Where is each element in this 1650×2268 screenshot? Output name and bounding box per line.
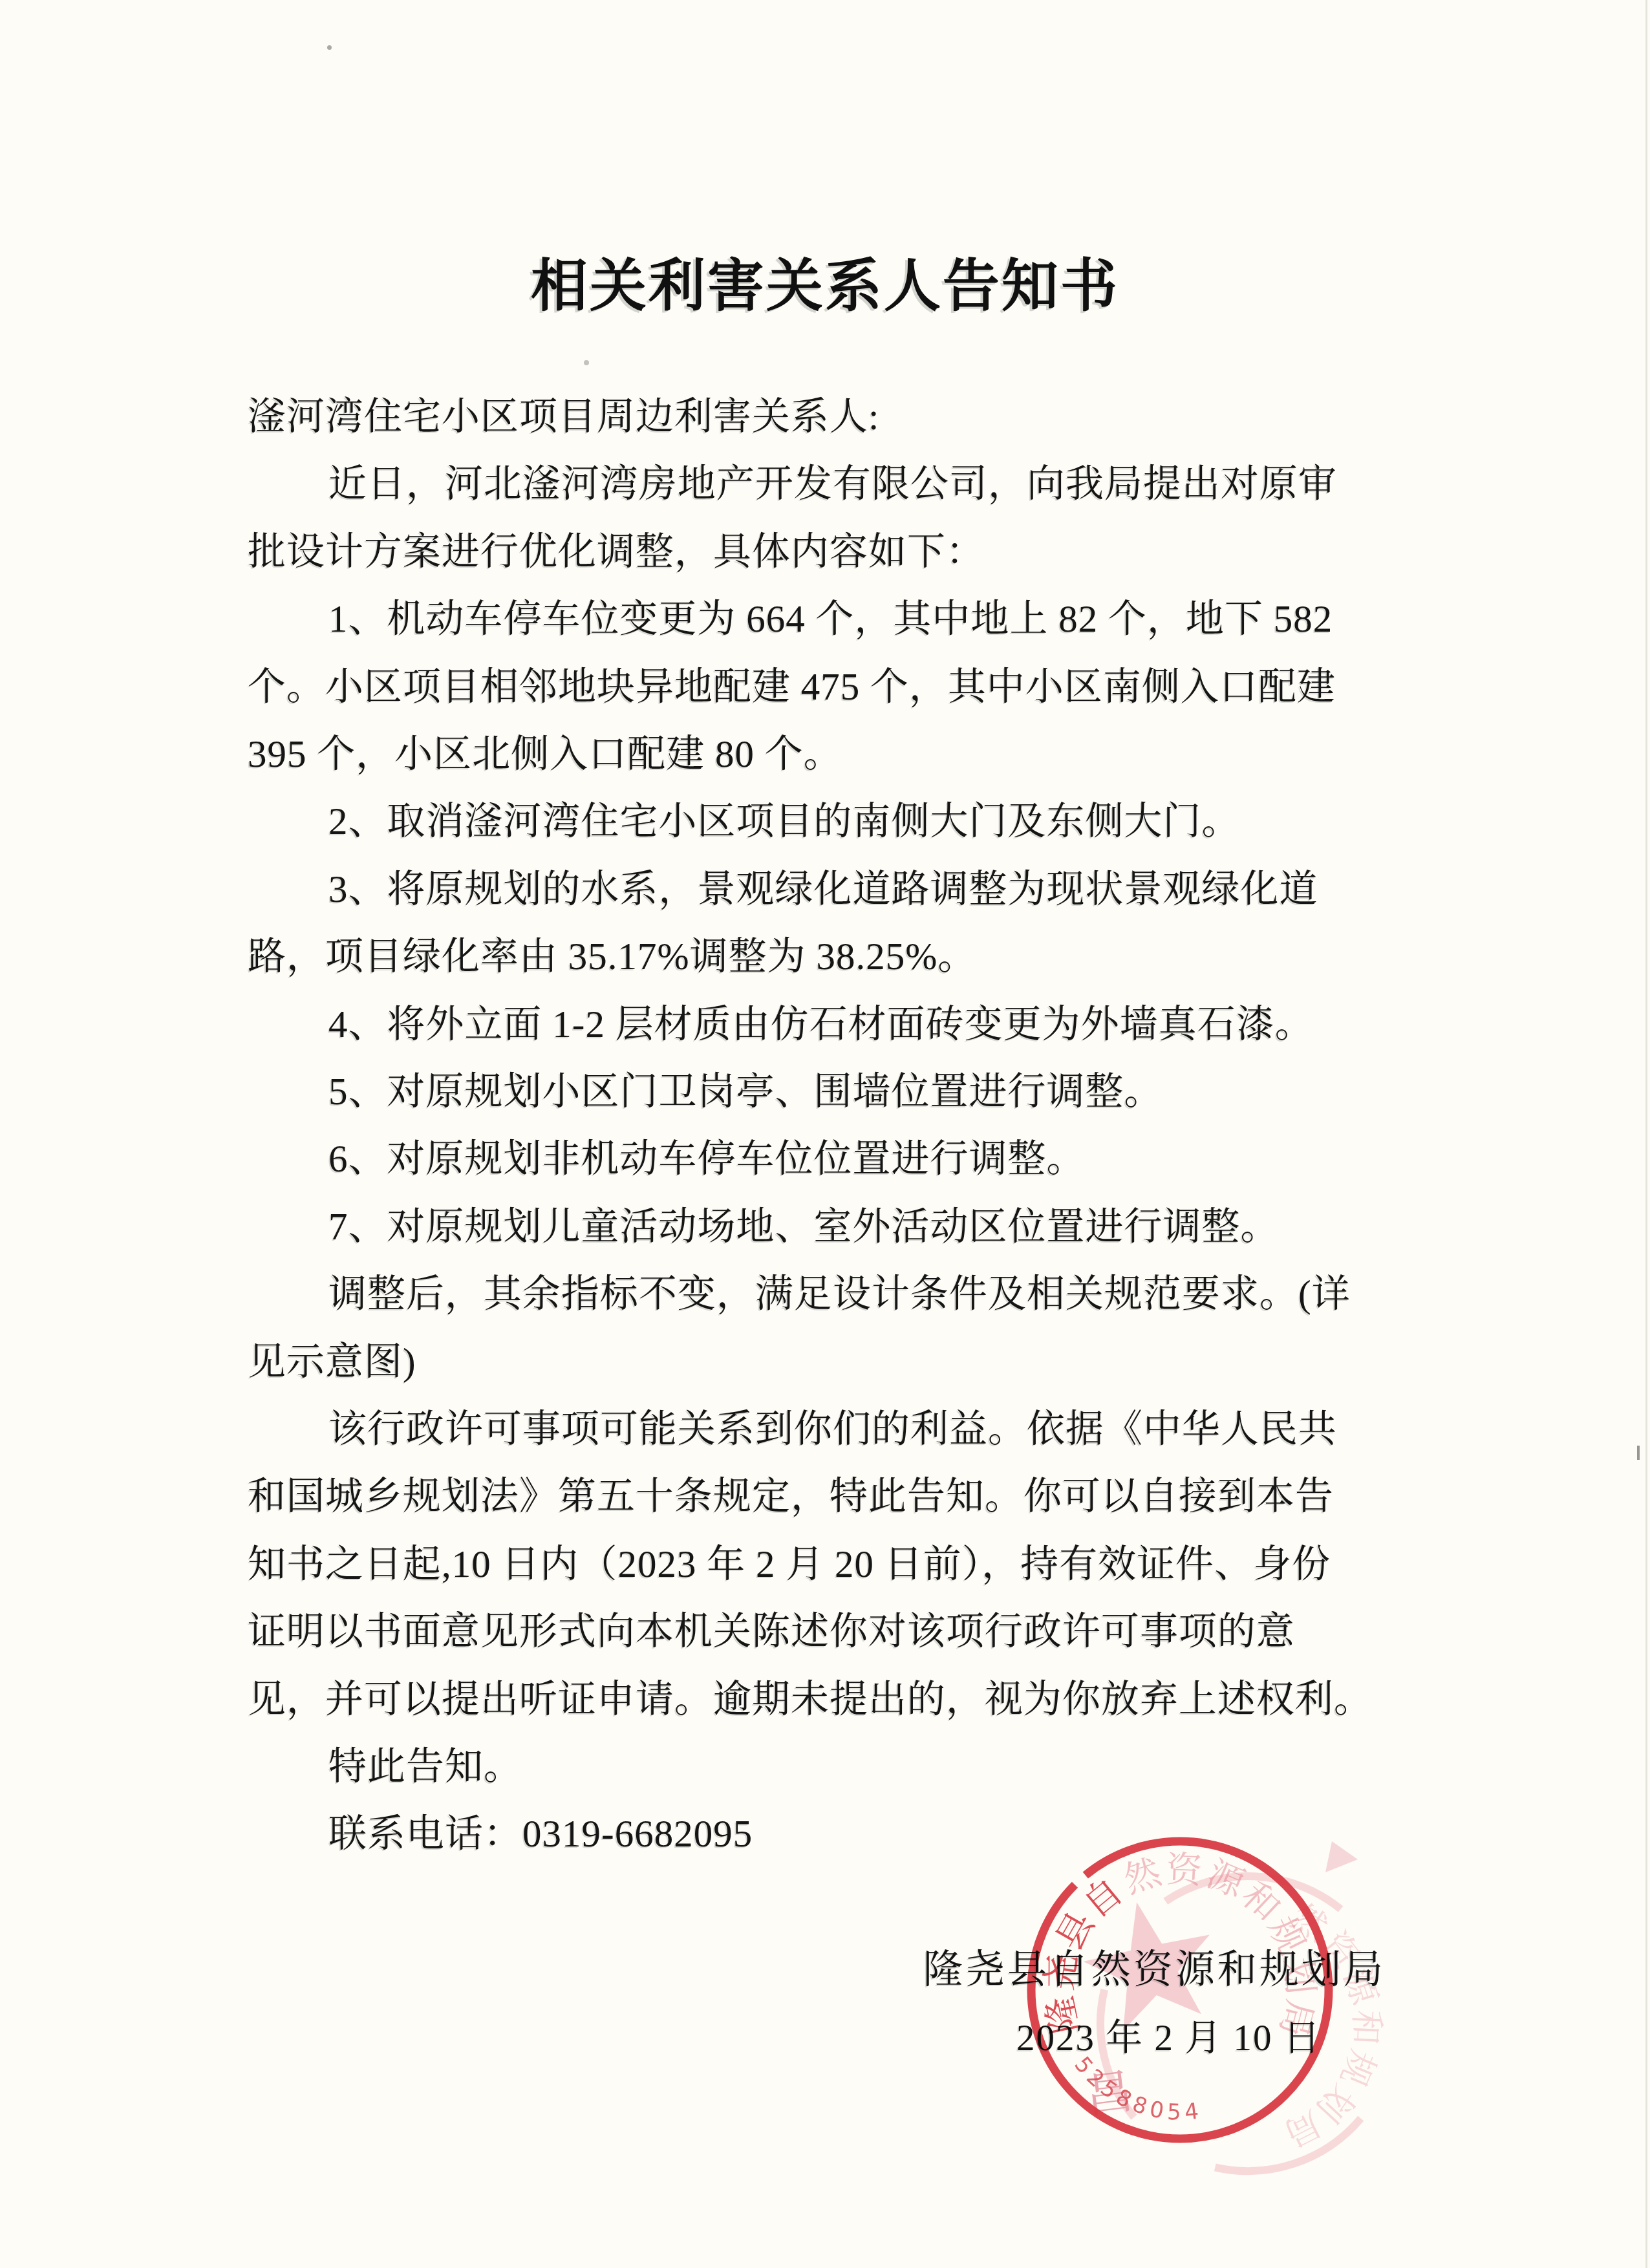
official-seal: 然资源和规划局 昌 隆尧县自 然资源和规划局 5258805427 (925, 1746, 1442, 2263)
body-line-text: 和国城乡规划法》第五十条规定，特此告知。你可以自接到本告 (248, 1475, 1334, 1517)
body-line: 4、将外立面 1-2 层材质由仿石材面砖变更为外墙真石漆。 (328, 1001, 1314, 1047)
body-line: 个。小区项目相邻地块异地配建 475 个，其中小区南侧入口配建 (248, 663, 1336, 710)
body-line: 2、取消滏河湾住宅小区项目的南侧大门及东侧大门。 (328, 798, 1241, 844)
scan-speck (327, 45, 332, 50)
body-line-text: 见，并可以提出听证申请。逾期未提出的，视为你放弃上述权利。 (248, 1678, 1373, 1720)
body-line: 特此告知。 (328, 1743, 522, 1790)
body-line: 路，项目绿化率由 35.17%调整为 38.25%。 (248, 933, 976, 979)
body-line: 7、对原规划儿童活动场地、室外活动区位置进行调整。 (328, 1203, 1280, 1250)
body-line: 见示意图) (248, 1338, 416, 1385)
seal-secondary-star-fragment (1325, 1841, 1358, 1872)
body-line-text: 路，项目绿化率由 35.17%调整为 38.25%。 (248, 935, 976, 978)
scan-edge-line (1645, 0, 1647, 2268)
body-line: 联系电话：0319-6682095 (328, 1810, 753, 1857)
body-line-text: 395 个，小区北侧入口配建 80 个。 (248, 733, 842, 775)
body-line-text: 证明以书面意见形式向本机关陈述你对该项行政许可事项的意 (248, 1610, 1295, 1653)
body-line-text: 2、取消滏河湾住宅小区项目的南侧大门及东侧大门。 (328, 800, 1241, 842)
body-line: 调整后，其余指标不变，满足设计条件及相关规范要求。(详 (328, 1270, 1351, 1317)
body-line-text: 4、将外立面 1-2 层材质由仿石材面砖变更为外墙真石漆。 (328, 1003, 1314, 1045)
body-line-text: 6、对原规划非机动车停车位位置进行调整。 (328, 1137, 1086, 1180)
body-line-text: 滏河湾住宅小区项目周边利害关系人: (248, 395, 879, 438)
scan-speck (584, 360, 589, 365)
scanned-notice-page: 相关利害关系人告知书 滏河湾住宅小区项目周边利害关系人:近日，河北滏河湾房地产开… (0, 0, 1650, 2268)
body-line: 滏河湾住宅小区项目周边利害关系人: (248, 393, 879, 440)
body-line-text: 特此告知。 (328, 1745, 522, 1788)
body-line: 1、机动车停车位变更为 664 个，其中地上 82 个，地下 582 (328, 595, 1333, 642)
seal-arc-text-strong: 隆尧县自 (1039, 1870, 1132, 2037)
body-line: 该行政许可事项可能关系到你们的利益。依据《中华人民共 (328, 1406, 1337, 1452)
body-line-text: 近日，河北滏河湾房地产开发有限公司，向我局提出对原审 (328, 462, 1337, 505)
body-line: 和国城乡规划法》第五十条规定，特此告知。你可以自接到本告 (248, 1473, 1334, 1519)
body-line-text: 见示意图) (248, 1340, 416, 1383)
body-line: 近日，河北滏河湾房地产开发有限公司，向我局提出对原审 (328, 460, 1337, 507)
body-line: 395 个，小区北侧入口配建 80 个。 (248, 731, 842, 777)
body-line: 见，并可以提出听证申请。逾期未提出的，视为你放弃上述权利。 (248, 1676, 1373, 1722)
body-line-text: 批设计方案进行优化调整，具体内容如下： (248, 530, 985, 573)
body-line: 3、将原规划的水系，景观绿化道路调整为现状景观绿化道 (328, 866, 1318, 912)
body-line-text: 联系电话：0319-6682095 (328, 1812, 753, 1855)
svg-text:隆尧县自: 隆尧县自 (1039, 1870, 1132, 2037)
body-line: 知书之日起,10 日内（2023 年 2 月 20 日前），持有效证件、身份 (248, 1541, 1331, 1587)
body-line-text: 5、对原规划小区门卫岗亭、围墙位置进行调整。 (328, 1070, 1163, 1113)
body-line-text: 调整后，其余指标不变，满足设计条件及相关规范要求。(详 (328, 1272, 1351, 1315)
notice-title: 相关利害关系人告知书 (0, 241, 1650, 322)
body-line: 6、对原规划非机动车停车位位置进行调整。 (328, 1135, 1086, 1182)
body-line-text: 知书之日起,10 日内（2023 年 2 月 20 日前），持有效证件、身份 (248, 1543, 1331, 1585)
body-line: 证明以书面意见形式向本机关陈述你对该项行政许可事项的意 (248, 1608, 1295, 1654)
scan-edge-tick (1637, 1446, 1640, 1460)
body-line-text: 该行政许可事项可能关系到你们的利益。依据《中华人民共 (328, 1407, 1337, 1450)
body-line-text: 7、对原规划儿童活动场地、室外活动区位置进行调整。 (328, 1205, 1280, 1248)
body-line-text: 个。小区项目相邻地块异地配建 475 个，其中小区南侧入口配建 (248, 665, 1336, 708)
body-line-text: 1、机动车停车位变更为 664 个，其中地上 82 个，地下 582 (328, 597, 1333, 640)
body-line: 批设计方案进行优化调整，具体内容如下： (248, 528, 985, 575)
body-line-text: 3、将原规划的水系，景观绿化道路调整为现状景观绿化道 (328, 868, 1318, 910)
body-line: 5、对原规划小区门卫岗亭、围墙位置进行调整。 (328, 1068, 1163, 1115)
